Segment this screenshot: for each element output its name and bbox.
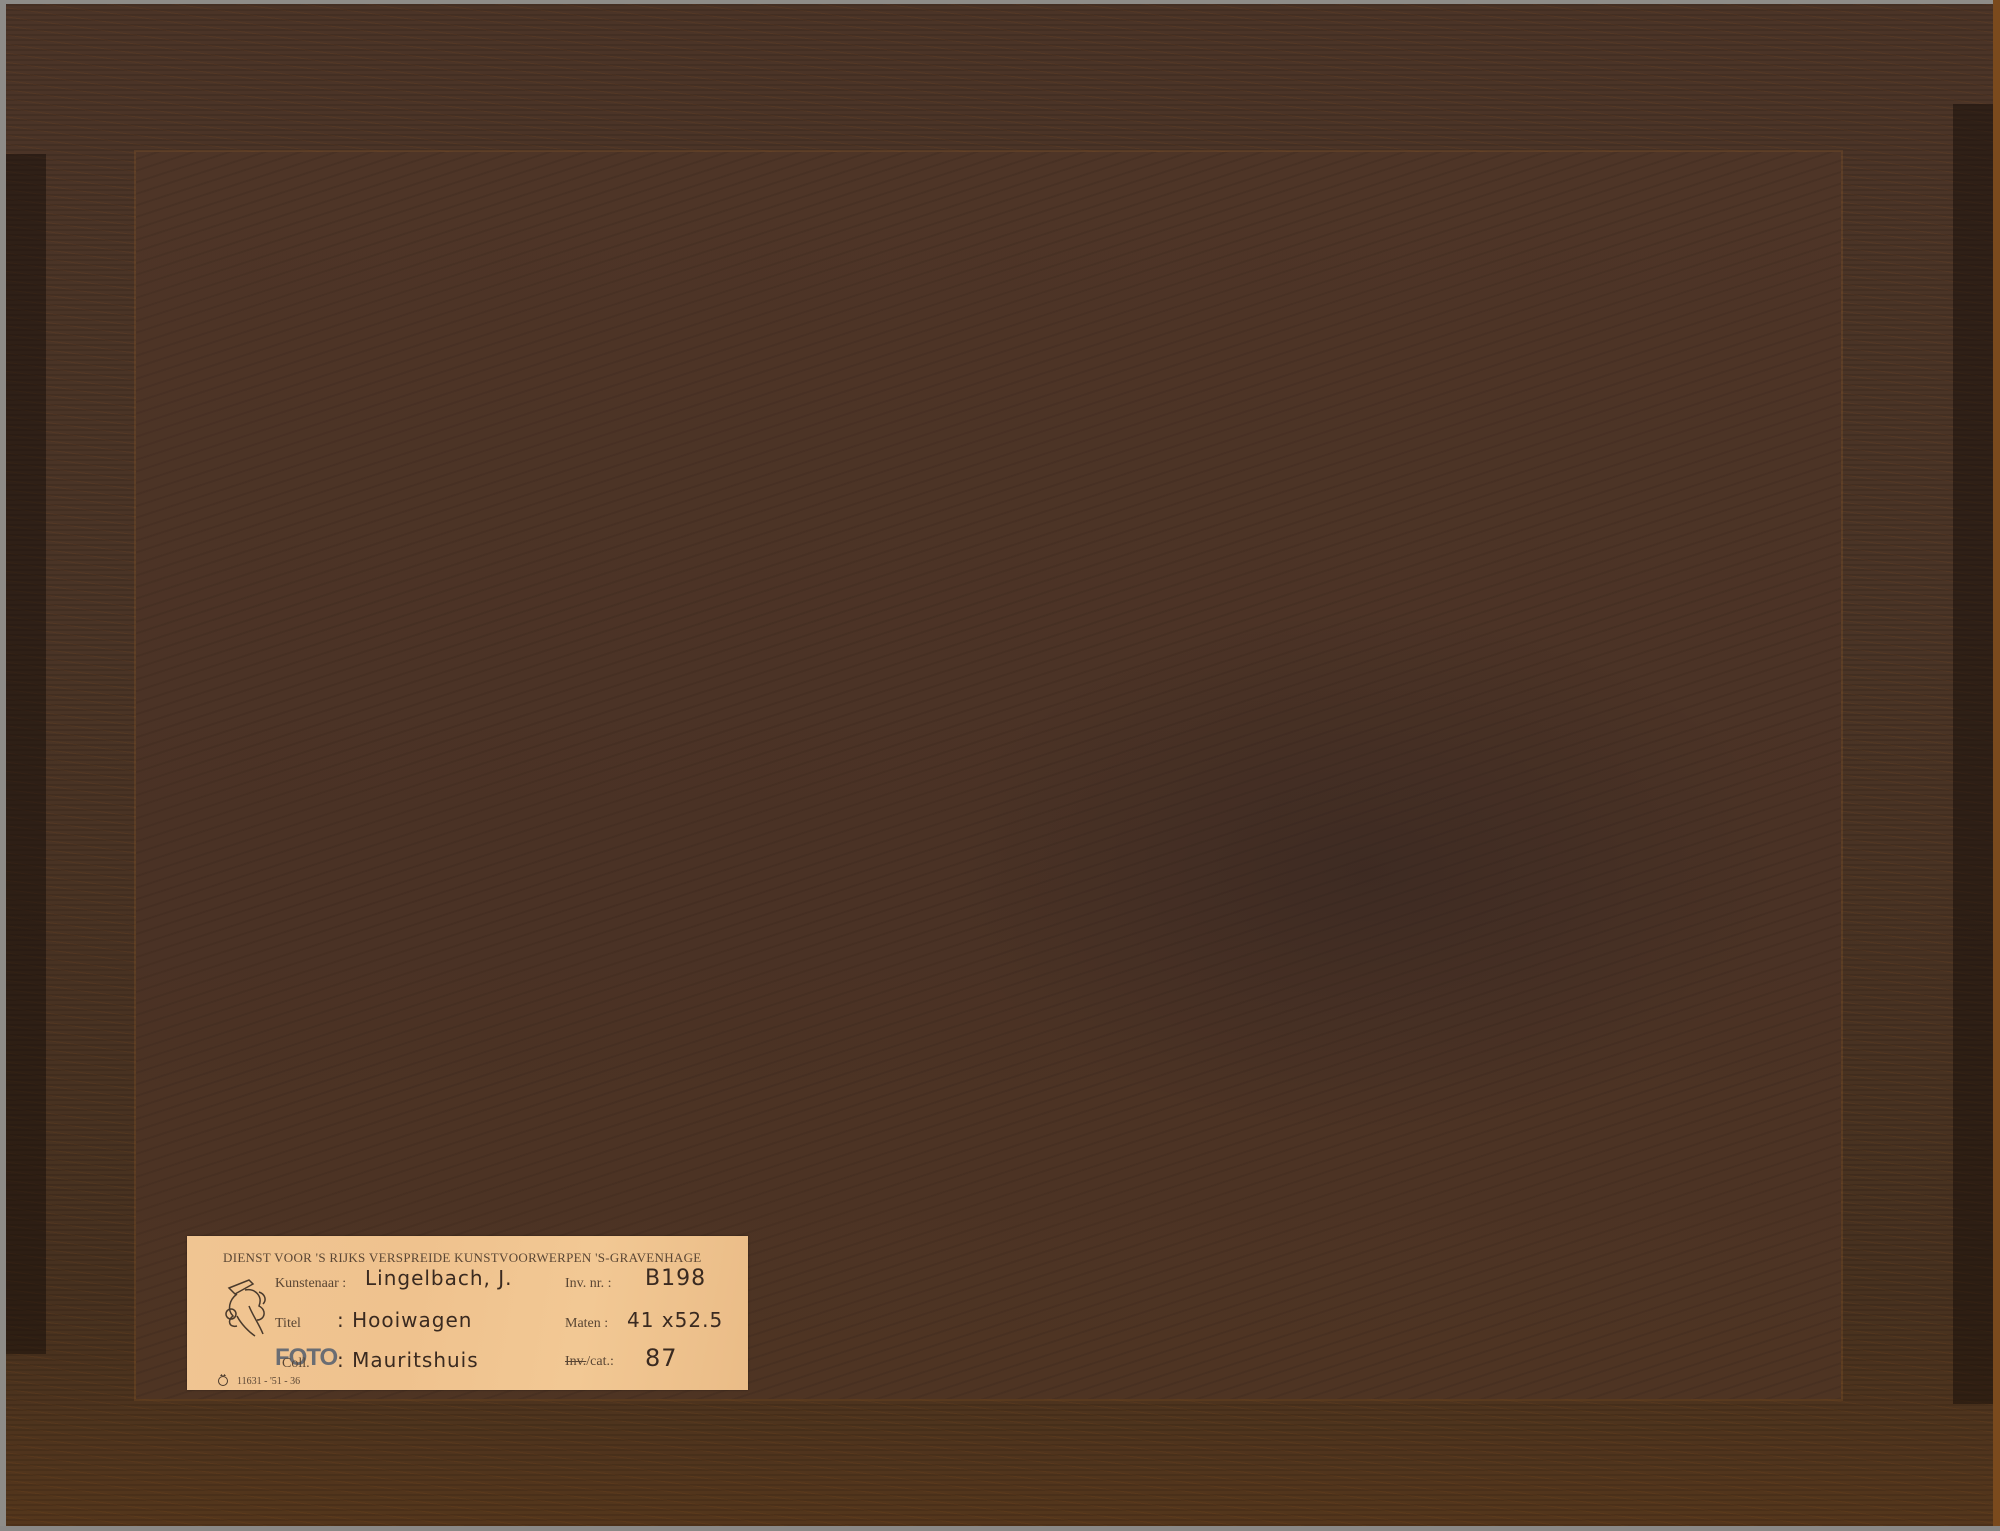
titel-value: : Hooiwagen <box>337 1308 472 1332</box>
inv-nr-value: B198 <box>645 1266 706 1291</box>
collection-label: DIENST VOOR 'S RIJKS VERSPREIDE KUNSTVOO… <box>187 1236 748 1390</box>
cat-label-struck: Inv. <box>565 1354 586 1369</box>
panel-inner-field <box>136 152 1841 1399</box>
kunstenaar-label: Kunstenaar : <box>275 1276 346 1292</box>
cat-label: Inv./cat.: <box>565 1354 614 1370</box>
cat-label-text: /cat.: <box>586 1354 614 1369</box>
maten-value: 41 x52.5 <box>627 1308 723 1332</box>
print-code: 11631 - '51 - 36 <box>237 1376 300 1387</box>
background-strip-bottom <box>0 1526 2000 1531</box>
right-edge-wear <box>1953 104 1993 1404</box>
crown-mark-icon <box>217 1373 229 1387</box>
left-edge-wear <box>6 154 46 1354</box>
coll-label: Coll. <box>282 1356 310 1372</box>
kunstenaar-value: Lingelbach, J. <box>365 1266 513 1290</box>
lion-emblem-icon <box>219 1276 271 1340</box>
titel-label: Titel <box>275 1316 301 1332</box>
inv-nr-label: Inv. nr. : <box>565 1276 612 1292</box>
cat-value: 87 <box>645 1344 678 1372</box>
frame-strip-right <box>1993 0 2000 1531</box>
coll-value: : Mauritshuis <box>337 1348 479 1372</box>
label-header: DIENST VOOR 'S RIJKS VERSPREIDE KUNSTVOO… <box>223 1250 702 1266</box>
maten-label: Maten : <box>565 1316 608 1332</box>
